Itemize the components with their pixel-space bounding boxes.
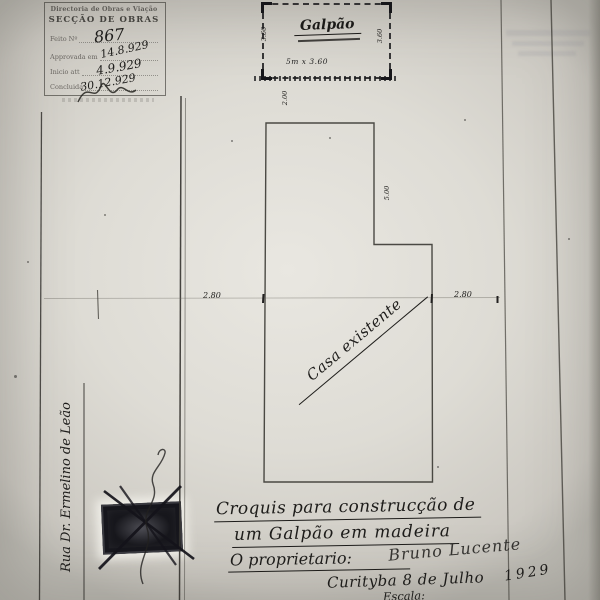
street-name-label: Rua Dr. Ermelino de Leão [59,381,77,593]
owner-label: O proprietario: [228,547,410,572]
title-line-1: Croquis para construcção de [214,495,482,523]
dimension-tick-left [263,294,264,303]
boundary-line-right-inner [501,0,509,600]
boundary-line-right-outer [551,0,565,600]
stamp-signature-squiggle [141,449,165,584]
scanned-croquis-document: Directoria de Obras e Viação SECÇÃO DE O… [0,0,600,600]
street-tick-mark [98,290,99,319]
scale-label: Escala: [383,588,425,600]
street-line-left-inner-double [185,98,186,600]
street-line-left-outer [40,112,42,600]
dimension-tick-right [432,294,433,303]
street-line-left-inner [180,96,182,600]
page-edge-shadow [588,0,600,600]
